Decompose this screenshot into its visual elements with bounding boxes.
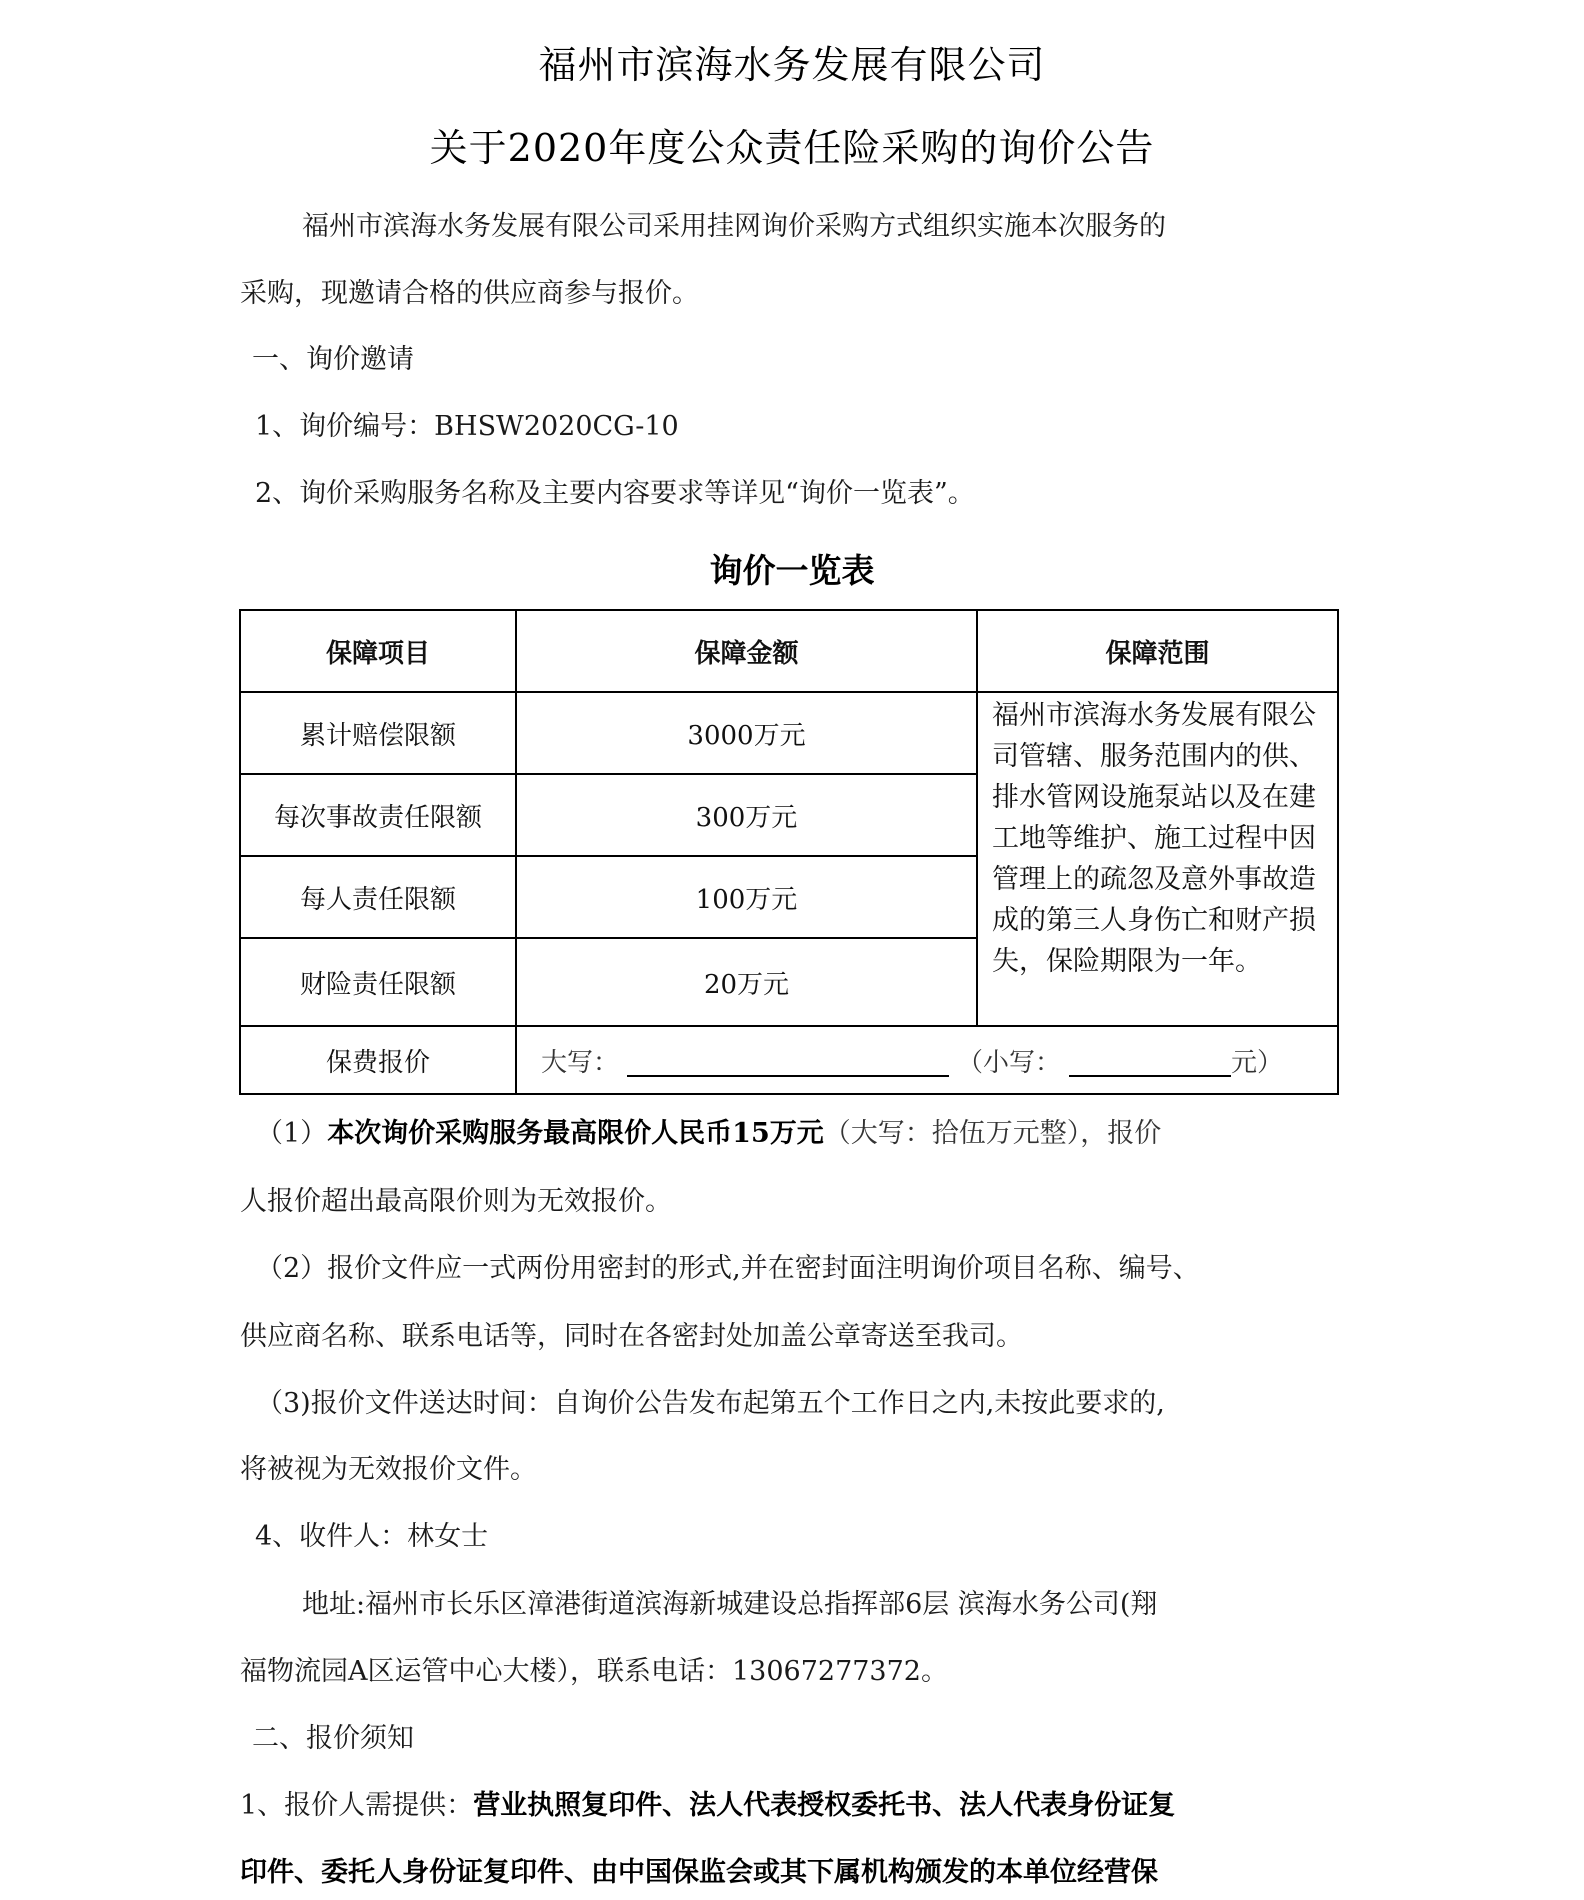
upper-amount-blank[interactable] xyxy=(627,1047,949,1077)
coverage-amount: 300万元 xyxy=(516,774,977,856)
document-page: 福州市滨海水务发展有限公司 关于2020年度公众责任险采购的询价公告 福州市滨海… xyxy=(0,0,1584,1900)
lower-amount-unit: 元） xyxy=(1231,1048,1283,1078)
address-line1: 地址:福州市长乐区漳港街道滨海新城建设总指挥部6层 滨海水务公司(翔 xyxy=(302,1588,1402,1622)
lower-amount-blank[interactable] xyxy=(1069,1047,1231,1077)
header-coverage-amount: 保障金额 xyxy=(516,610,977,692)
inquiry-service-reference: 2、询价采购服务名称及主要内容要求等详见“询价一览表”。 xyxy=(255,477,1355,511)
intro-paragraph-line1: 福州市滨海水务发展有限公司采用挂网询价采购方式组织实施本次服务的 xyxy=(302,210,1402,244)
address-line2: 福物流园A区运管中心大楼），联系电话：13067277372。 xyxy=(240,1655,1340,1689)
inquiry-number: 1、询价编号：BHSW2020CG-10 xyxy=(255,410,1355,444)
note1-line1: （1）本次询价采购服务最高限价人民币15万元（大写：拾伍万元整），报价 xyxy=(256,1117,1356,1151)
notice-title: 关于2020年度公众责任险采购的询价公告 xyxy=(0,117,1584,172)
table-header-row: 保障项目 保障金额 保障范围 xyxy=(240,610,1338,692)
coverage-amount: 3000万元 xyxy=(516,692,977,774)
coverage-item: 财险责任限额 xyxy=(240,938,516,1026)
requirements-list: 营业执照复印件、法人代表授权委托书、法人代表身份证复 xyxy=(473,1790,1175,1821)
requirements-line2: 印件、委托人身份证复印件、由中国保监会或其下属机构颁发的本单位经营保 xyxy=(240,1856,1340,1890)
premium-quote-label: 保费报价 xyxy=(240,1026,516,1094)
note1-prefix: （1） xyxy=(256,1118,327,1149)
premium-quote-row: 保费报价 大写：（小写：元） xyxy=(240,1026,1338,1094)
inquiry-table-title: 询价一览表 xyxy=(0,545,1584,592)
note1-rest: （大写：拾伍万元整），报价 xyxy=(824,1118,1162,1149)
table-row: 累计赔偿限额 3000万元 福州市滨海水务发展有限公司管辖、服务范围内的供、排水… xyxy=(240,692,1338,774)
coverage-item: 每人责任限额 xyxy=(240,856,516,938)
upper-amount-label: 大写： xyxy=(541,1048,619,1078)
header-coverage-scope: 保障范围 xyxy=(977,610,1338,692)
lower-amount-label: （小写： xyxy=(957,1048,1061,1078)
coverage-amount: 20万元 xyxy=(516,938,977,1026)
inquiry-table: 保障项目 保障金额 保障范围 累计赔偿限额 3000万元 福州市滨海水务发展有限… xyxy=(239,609,1339,1095)
note1-price-cap: 本次询价采购服务最高限价人民币15万元 xyxy=(327,1118,824,1149)
premium-quote-fields: 大写：（小写：元） xyxy=(516,1026,1338,1094)
recipient: 4、收件人：林女士 xyxy=(255,1520,1355,1554)
coverage-item: 每次事故责任限额 xyxy=(240,774,516,856)
header-coverage-item: 保障项目 xyxy=(240,610,516,692)
section-heading-invitation: 一、询价邀请 xyxy=(252,343,1352,377)
note2-line2: 供应商名称、联系电话等，同时在各密封处加盖公章寄送至我司。 xyxy=(240,1320,1340,1354)
coverage-amount: 100万元 xyxy=(516,856,977,938)
note3-line2: 将被视为无效报价文件。 xyxy=(240,1453,1340,1487)
intro-paragraph-line2: 采购，现邀请合格的供应商参与报价。 xyxy=(240,277,1340,311)
company-title: 福州市滨海水务发展有限公司 xyxy=(0,34,1584,89)
coverage-scope: 福州市滨海水务发展有限公司管辖、服务范围内的供、排水管网设施泵站以及在建工地等维… xyxy=(977,692,1338,1026)
coverage-item: 累计赔偿限额 xyxy=(240,692,516,774)
section-heading-quote-notes: 二、报价须知 xyxy=(252,1722,1352,1756)
note2-line1: （2）报价文件应一式两份用密封的形式,并在密封面注明询价项目名称、编号、 xyxy=(256,1252,1356,1286)
note1-line2: 人报价超出最高限价则为无效报价。 xyxy=(240,1185,1340,1219)
note3-line1: （3)报价文件送达时间：自询价公告发布起第五个工作日之内,未按此要求的, xyxy=(256,1387,1356,1421)
requirements-prefix: 1、报价人需提供： xyxy=(240,1790,473,1821)
requirements-line1: 1、报价人需提供：营业执照复印件、法人代表授权委托书、法人代表身份证复 xyxy=(240,1789,1340,1823)
